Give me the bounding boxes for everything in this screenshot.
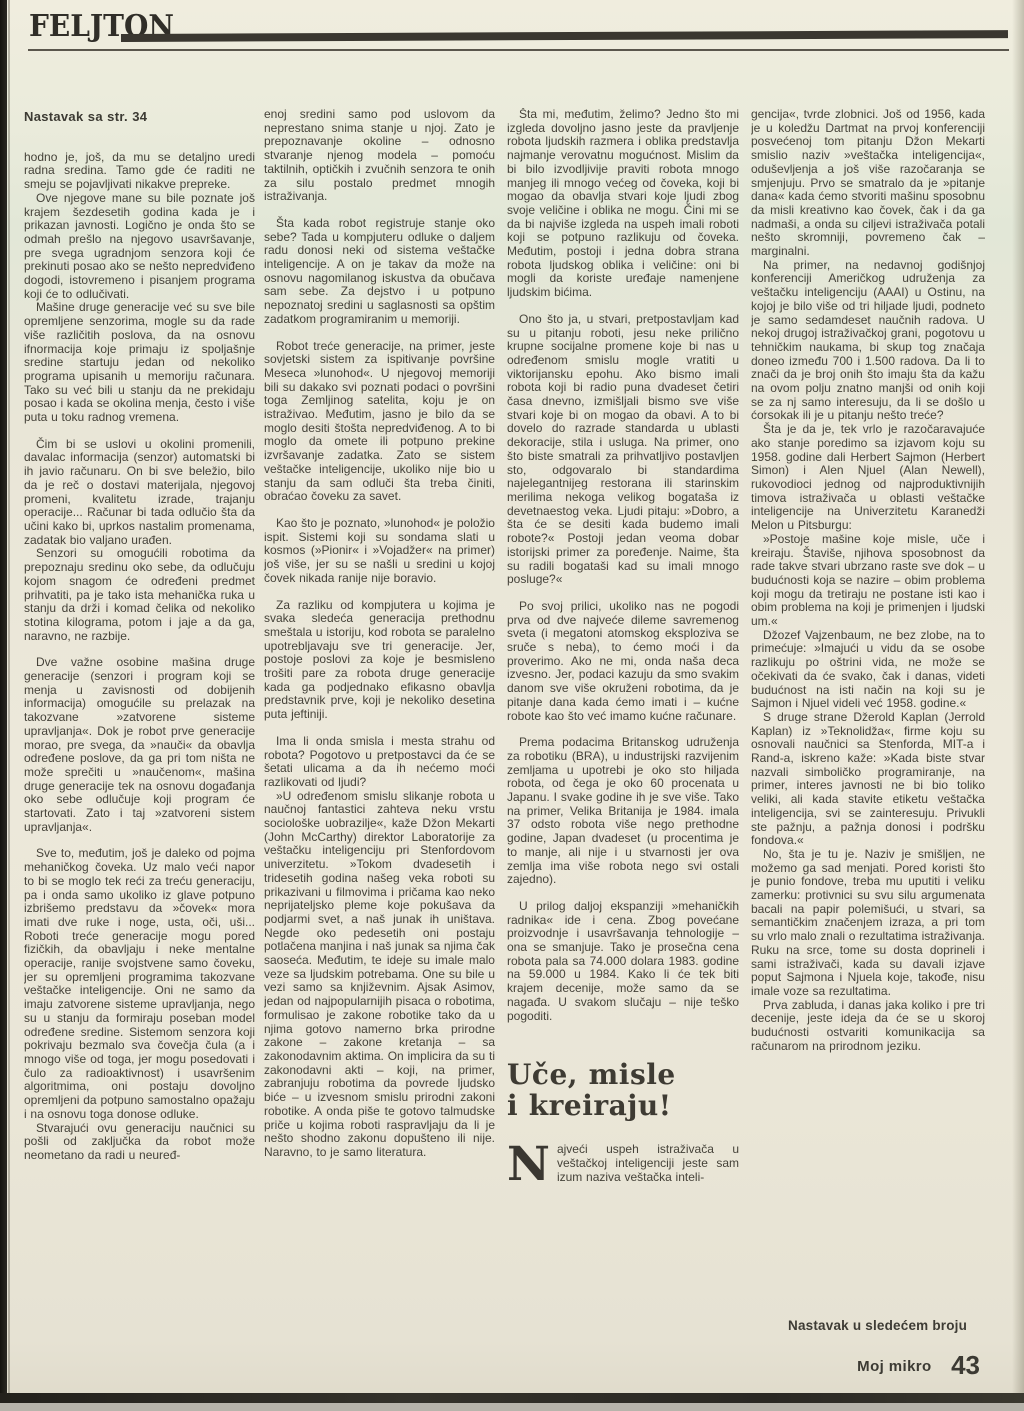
paragraph: Prema podacima Britanskog udruženja za r… bbox=[507, 736, 739, 887]
paragraph: Šta mi, međutim, želimo? Jedno što mi iz… bbox=[507, 108, 739, 300]
paragraph: Stvarajući ovu generaciju naučnici su po… bbox=[24, 1122, 255, 1163]
page-right-edge bbox=[1012, 0, 1024, 1399]
paragraph: Šta je da je, tek vrlo je razočaravajuće… bbox=[751, 423, 985, 533]
header-rule-thin bbox=[28, 49, 1009, 51]
page-bottom-edge bbox=[0, 1393, 1024, 1403]
paragraph: Ono što ja, u stvari, pretpostavljam kad… bbox=[507, 313, 739, 587]
paragraph: Po svoj prilici, ukoliko nas ne pogodi p… bbox=[507, 600, 739, 723]
paragraph: Robot treće generacije, na primer, jeste… bbox=[264, 340, 495, 504]
paragraph: Prva zabluda, i danas jaka koliko i pre … bbox=[751, 999, 985, 1054]
paragraph: Dve važne osobine mašina druge generacij… bbox=[24, 656, 255, 834]
paragraph: Čim bi se uslovi u okolini promenili, da… bbox=[24, 438, 255, 548]
paragraph: Kao što je poznato, »lunohod« je položio… bbox=[264, 517, 495, 586]
paragraph: No, šta je tu je. Naziv je smišljen, ne … bbox=[751, 848, 985, 999]
page-number: 43 bbox=[951, 1350, 980, 1380]
text-column-3: Šta mi, međutim, želimo? Jedno što mi iz… bbox=[507, 108, 739, 1353]
magazine-name: Moj mikro bbox=[857, 1358, 931, 1375]
intro-paragraph: Najveći uspeh istraživača u veštačkoj in… bbox=[507, 1143, 739, 1184]
paragraph: Ove njegove mane su bile poznate još kra… bbox=[24, 192, 255, 302]
text-column-1: Nastavak sa str. 34 hodno je, još, da mu… bbox=[24, 108, 255, 1353]
paragraph: Na primer, na nedavnoj godišnjoj konfere… bbox=[751, 259, 985, 423]
subheading-line-2: i kreiraju! bbox=[507, 1089, 672, 1122]
continued-from-note: Nastavak sa str. 34 bbox=[24, 110, 255, 124]
paragraph: Ima li onda smisla i mesta strahu od rob… bbox=[264, 735, 495, 790]
paragraph: enoj sredini samo pod uslovom da neprest… bbox=[264, 108, 495, 204]
article-subheading: Uče, misle i kreiraju! bbox=[507, 1059, 739, 1121]
header-rule-thick bbox=[121, 30, 1008, 42]
paragraph: Mašine druge generacije već su sve bile … bbox=[24, 301, 255, 424]
paragraph: Džozef Vajzenbaum, ne bez zlobe, na to p… bbox=[751, 629, 985, 711]
paragraph: U prilog daljoj ekspanziji »mehaničkih r… bbox=[507, 900, 739, 1023]
magazine-page: FELJTON Nastavak sa str. 34 hodno je, jo… bbox=[0, 0, 1024, 1411]
page-left-edge-line bbox=[8, 0, 10, 1399]
continued-next-issue-note: Nastavak u sledećem broju bbox=[788, 1318, 967, 1333]
paragraph: Za razliku od kompjutera u kojima je sva… bbox=[264, 599, 495, 722]
drop-cap: N bbox=[507, 1143, 557, 1183]
page-folio: Moj mikro 43 bbox=[857, 1350, 980, 1381]
scan-background-strip bbox=[0, 1403, 1024, 1411]
paragraph: S druge strane Džerold Kaplan (Jerrold K… bbox=[751, 711, 985, 848]
paragraph: »Postoje mašine koje misle, uče i kreira… bbox=[751, 533, 985, 629]
intro-text: ajveći uspeh istraživača u veštačkoj int… bbox=[557, 1142, 739, 1183]
paragraph: »U određenom smislu slikanje robota u na… bbox=[264, 790, 495, 1160]
text-column-2: enoj sredini samo pod uslovom da neprest… bbox=[264, 108, 495, 1353]
paragraph: Senzori su omogućili robotima da prepozn… bbox=[24, 547, 255, 643]
subheading-line-1: Uče, misle bbox=[507, 1058, 676, 1091]
paragraph: hodno je, još, da mu se detaljno uredi r… bbox=[24, 151, 255, 192]
text-column-4: gencija«, tvrde zlobnici. Još od 1956, k… bbox=[751, 108, 985, 1353]
paragraph: gencija«, tvrde zlobnici. Još od 1956, k… bbox=[751, 108, 985, 259]
paragraph: Sve to, međutim, još je daleko od pojma … bbox=[24, 847, 255, 1121]
page-left-edge bbox=[0, 0, 7, 1399]
paragraph: Šta kada robot registruje stanje oko seb… bbox=[264, 217, 495, 327]
